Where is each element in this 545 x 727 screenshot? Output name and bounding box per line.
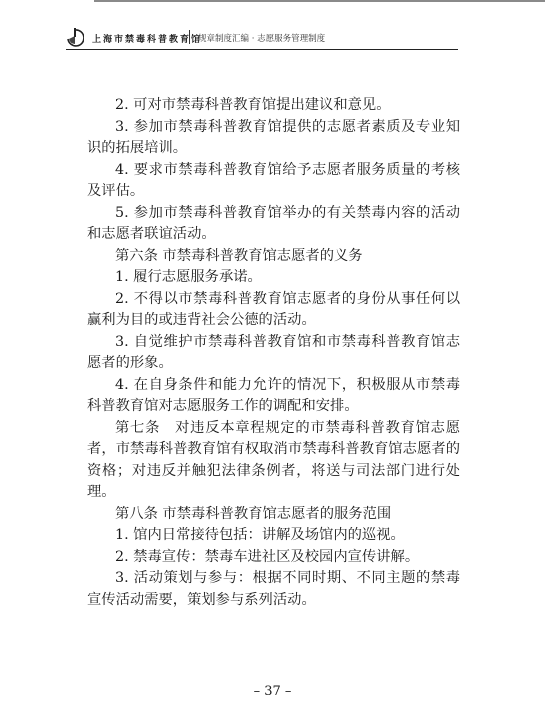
header-rule	[66, 49, 458, 50]
article-heading: 第八条 市禁毒科普教育馆志愿者的服务范围	[87, 504, 460, 526]
page-header: 上海市禁毒科普教育馆 规章制度汇编 · 志愿服务管理制度	[66, 25, 458, 53]
paragraph: 1. 履行志愿服务承诺。	[87, 267, 460, 289]
paragraph: 3. 活动策划与参与：根据不同时期、不同主题的禁毒宣传活动需要，策划参与系列活动…	[87, 568, 460, 611]
paragraph: 4. 在自身条件和能力允许的情况下，积极服从市禁毒科普教育馆对志愿服务工作的调配…	[87, 375, 460, 418]
header-org-name: 上海市禁毒科普教育馆	[92, 32, 202, 45]
paragraph: 2. 可对市禁毒科普教育馆提出建议和意见。	[87, 95, 460, 117]
article-heading: 第六条 市禁毒科普教育馆志愿者的义务	[87, 246, 460, 268]
paragraph: 3. 参加市禁毒科普教育馆提供的志愿者素质及专业知识的拓展培训。	[87, 117, 460, 160]
paragraph: 1. 馆内日常接待包括：讲解及场馆内的巡视。	[87, 525, 460, 547]
header-separator	[189, 30, 190, 44]
paragraph: 2. 禁毒宣传：禁毒车进社区及校园内宣传讲解。	[87, 547, 460, 569]
paragraph: 2. 不得以市禁毒科普教育馆志愿者的身份从事任何以赢利为目的或违背社会公德的活动…	[87, 289, 460, 332]
museum-logo-icon	[66, 27, 84, 47]
header-subtitle: 规章制度汇编 · 志愿服务管理制度	[198, 32, 325, 44]
paragraph: 3. 自觉维护市禁毒科普教育馆和市禁毒科普教育馆志愿者的形象。	[87, 332, 460, 375]
paragraph: 5. 参加市禁毒科普教育馆举办的有关禁毒内容的活动和志愿者联谊活动。	[87, 203, 460, 246]
article-paragraph: 第七条 对违反本章程规定的市禁毒科普教育馆志愿者，市禁毒科普教育馆有权取消市禁毒…	[87, 418, 460, 504]
page-number: – 37 –	[0, 684, 545, 699]
document-body: 2. 可对市禁毒科普教育馆提出建议和意见。 3. 参加市禁毒科普教育馆提供的志愿…	[87, 95, 460, 611]
page-top-border	[94, 0, 545, 2]
paragraph: 4. 要求市禁毒科普教育馆给予志愿者服务质量的考核及评估。	[87, 160, 460, 203]
